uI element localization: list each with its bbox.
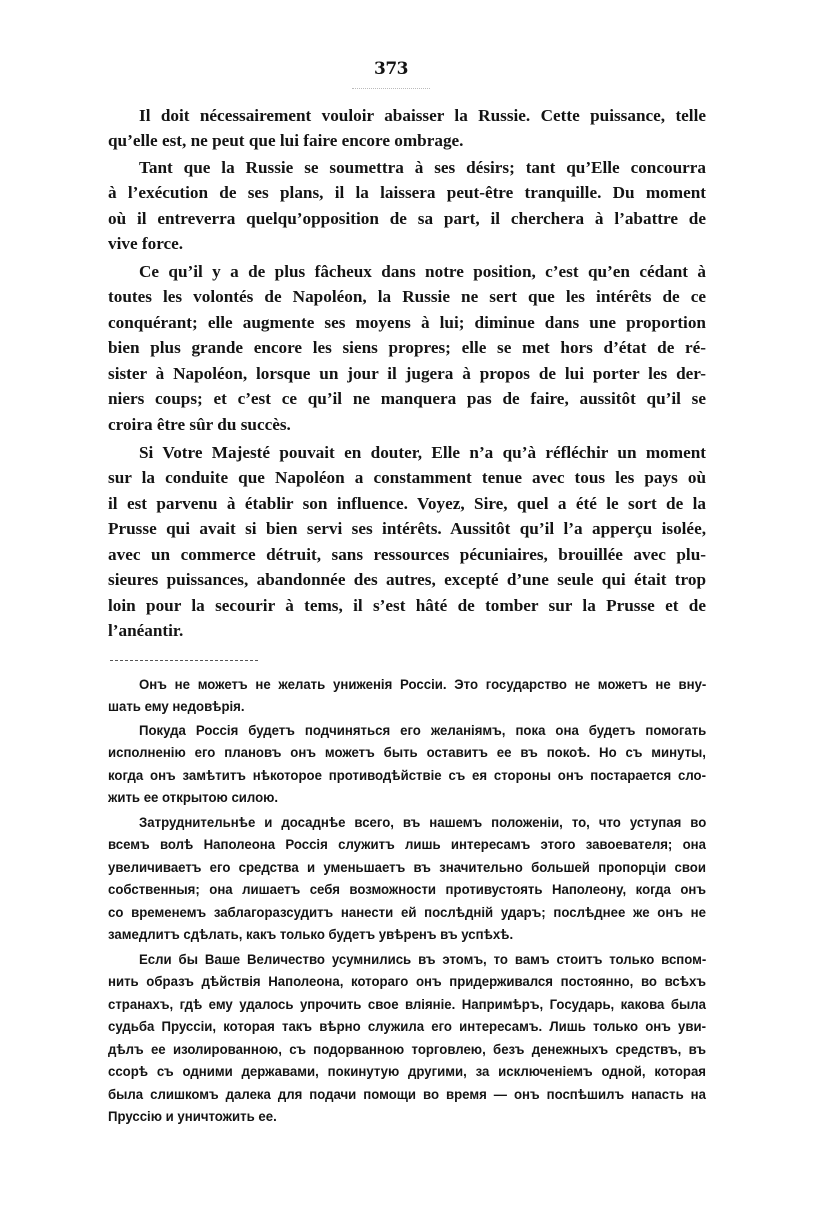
russian-text-line: Затруднительнѣе и досаднѣе всего, въ наш… bbox=[139, 814, 706, 832]
russian-text-line: была слишкомъ далека для подачи помощи в… bbox=[108, 1086, 706, 1104]
french-text-line: Si Votre Majesté pouvait en douter, Elle… bbox=[139, 443, 706, 463]
french-text-line: Ce qu’il y a de plus fâcheux dans notre … bbox=[139, 262, 706, 282]
french-text-line: conquérant; elle augmente ses moyens à l… bbox=[108, 313, 706, 333]
french-text-line: avec un commerce détruit, sans ressource… bbox=[108, 545, 706, 565]
french-text-line: croira être sûr du succès. bbox=[108, 415, 706, 435]
french-text-line: l’anéantir. bbox=[108, 621, 706, 641]
russian-text-line: когда онъ замѣтитъ нѣкоторое противодѣйс… bbox=[108, 767, 706, 785]
page-number: 373 bbox=[366, 59, 416, 79]
page-number-rule bbox=[352, 88, 430, 90]
book-page: 373 Il doit nécessairement vouloir abais… bbox=[0, 0, 831, 1217]
french-text-line: Tant que la Russie se soumettra à ses dé… bbox=[139, 158, 706, 178]
russian-text-line: дѣлъ ее изолированною, съ подорванною то… bbox=[108, 1041, 706, 1059]
russian-text-line: жить ее открытою силою. bbox=[108, 789, 706, 807]
russian-text-line: замедлитъ сдѣлать, какъ только будетъ ув… bbox=[108, 926, 706, 944]
french-text-line: niers coups; et c’est ce qu’il ne manque… bbox=[108, 389, 706, 409]
french-text-line: Prusse qui avait si bien servi ses intér… bbox=[108, 519, 706, 539]
french-text-line: vive force. bbox=[108, 234, 706, 254]
french-text-line: à l’exécution de ses plans, il la laisse… bbox=[108, 183, 706, 203]
russian-text-line: всемъ волѣ Наполеона Россія служитъ лишь… bbox=[108, 836, 706, 854]
russian-text-line: увеличиваетъ его средства и уменьшаетъ в… bbox=[108, 859, 706, 877]
russian-text-line: шать ему недовѣрія. bbox=[108, 698, 706, 716]
russian-text-line: нить образъ дѣйствія Наполеона, котораго… bbox=[108, 973, 706, 991]
russian-text-line: Если бы Ваше Величество усумнились въ эт… bbox=[139, 951, 706, 969]
french-text-line: sister à Napoléon, lorsque un jour il ju… bbox=[108, 364, 706, 384]
french-text-line: où il entreverra quelqu’opposition de sa… bbox=[108, 209, 706, 229]
french-text-line: il est parvenu à établir son influence. … bbox=[108, 494, 706, 514]
russian-text-line: Онъ не можетъ не желать униженія Россіи.… bbox=[139, 676, 706, 694]
french-text-line: sieures puissances, abandonnée des autre… bbox=[108, 570, 706, 590]
section-separator bbox=[110, 660, 258, 661]
french-text-line: loin pour la secourir à tems, il s’est h… bbox=[108, 596, 706, 616]
russian-text-line: странахъ, гдѣ ему удалось упрочить свое … bbox=[108, 996, 706, 1014]
russian-text-line: со временемъ заблагоразсудитъ нанести ей… bbox=[108, 904, 706, 922]
russian-text-line: ссорѣ съ одними державами, покинутую дру… bbox=[108, 1063, 706, 1081]
french-text-line: Il doit nécessairement vouloir abaisser … bbox=[139, 106, 706, 126]
french-text-line: bien plus grande encore les siens propre… bbox=[108, 338, 706, 358]
russian-text-line: Пруссію и уничтожить ее. bbox=[108, 1108, 706, 1126]
russian-text-line: судьба Пруссіи, которая такъ вѣрно служи… bbox=[108, 1018, 706, 1036]
russian-text-line: собственныя; она лишаетъ себя возможност… bbox=[108, 881, 706, 899]
russian-text-line: Покуда Россія будетъ подчиняться его жел… bbox=[139, 722, 706, 740]
russian-text-line: исполненію его плановъ онъ можетъ быть о… bbox=[108, 744, 706, 762]
french-text-line: qu’elle est, ne peut que lui faire encor… bbox=[108, 131, 706, 151]
french-text-line: toutes les volontés de Napoléon, la Russ… bbox=[108, 287, 706, 307]
french-text-line: sur la conduite que Napoléon a constamme… bbox=[108, 468, 706, 488]
